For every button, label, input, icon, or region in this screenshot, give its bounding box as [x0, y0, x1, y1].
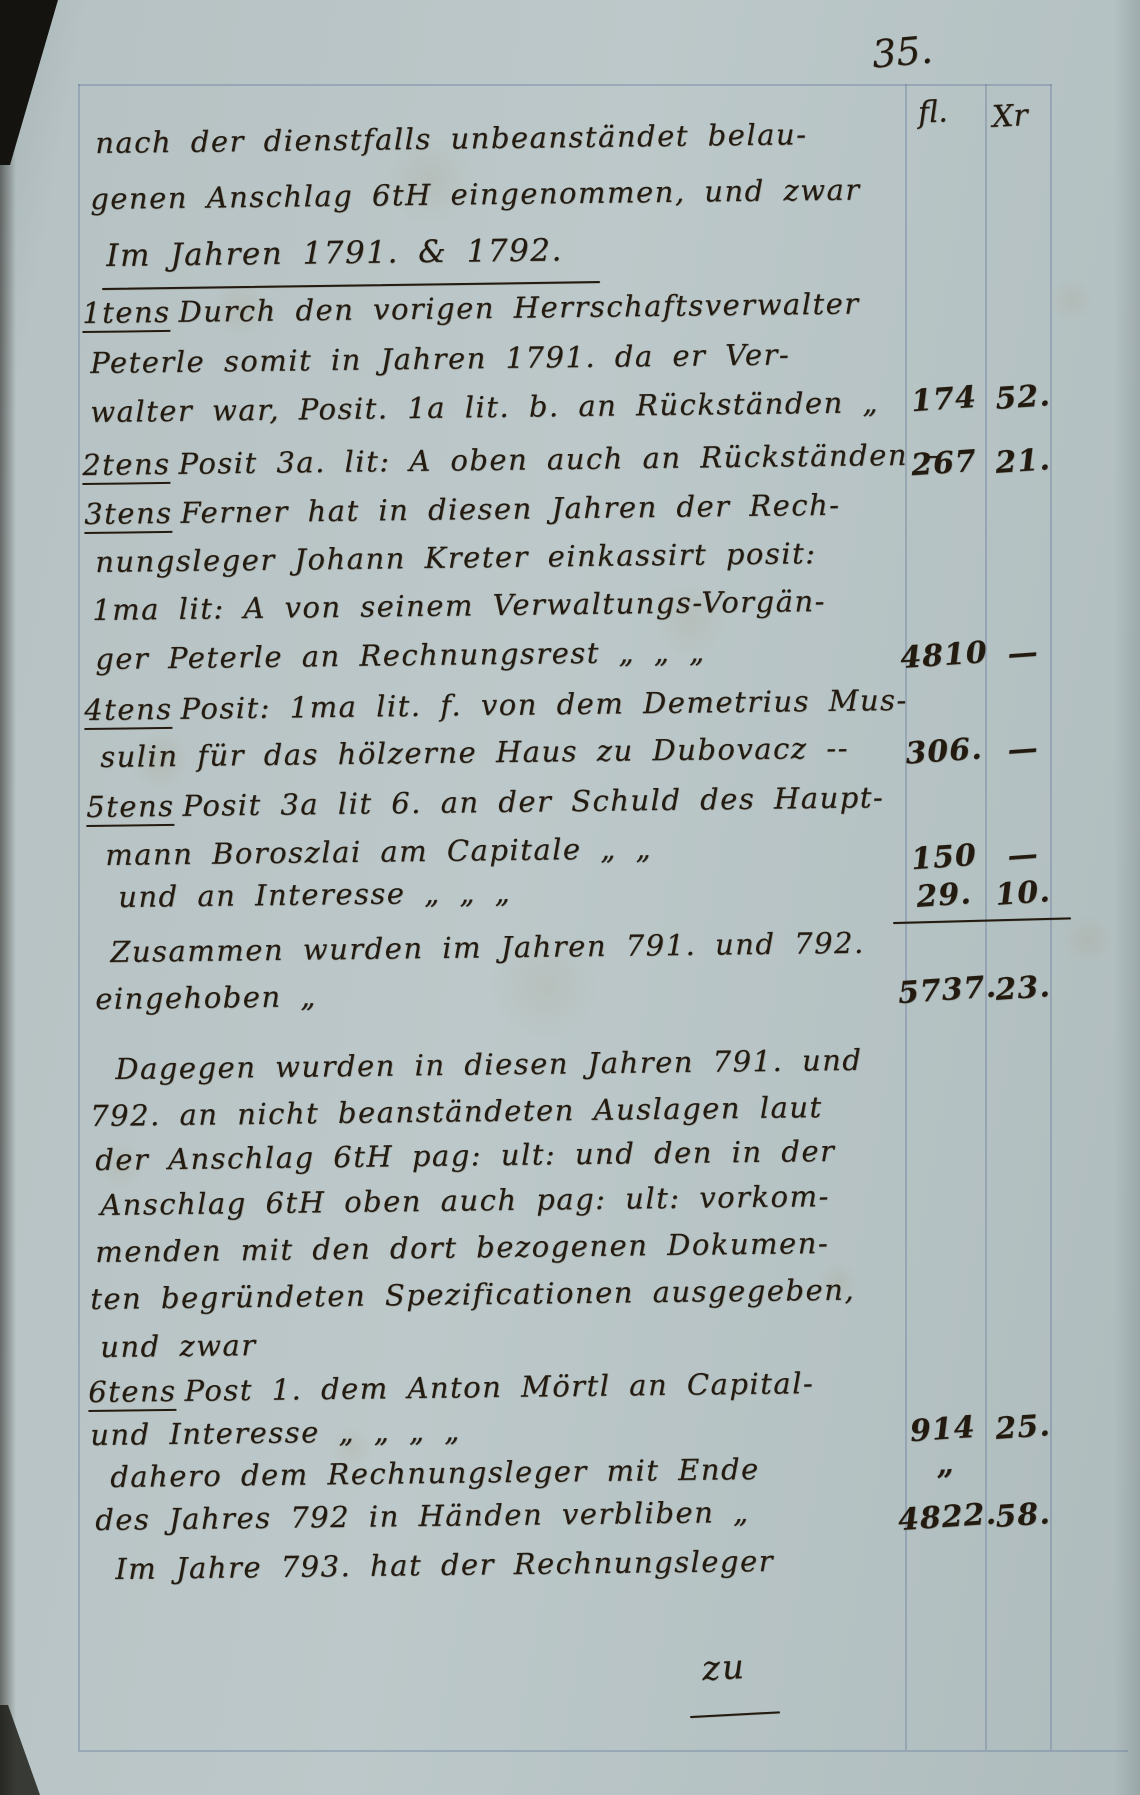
column-header-florins: fl. [917, 94, 948, 130]
catchword: zu [701, 1647, 747, 1689]
manuscript-line: 792. an nicht beanständeten Auslagen lau… [90, 1090, 823, 1133]
amount-fl: 267 [897, 443, 991, 484]
manuscript-line: Im Jahre 793. hat der Rechnungsleger [115, 1544, 774, 1586]
folio-number: 35. [870, 27, 934, 76]
line-text: ten begründeten Spezificationen ausgegeb… [90, 1273, 855, 1316]
amount-fl: 5737. [897, 970, 991, 1011]
manuscript-line: und Interesse „ „ „ „ [90, 1413, 461, 1452]
manuscript-line: nach der dienstfalls unbeanständet belau… [95, 117, 808, 160]
table-rule-fl-column [905, 84, 907, 1750]
amount-xr: 10. [989, 874, 1057, 914]
amount-xr: 58. [989, 1496, 1057, 1536]
line-text: Post 1. dem Anton Mörtl an Capital- [184, 1366, 814, 1408]
book-gutter-shadow [0, 0, 16, 1795]
manuscript-line: nungsleger Johann Kreter einkassirt posi… [95, 536, 817, 579]
column-header-kreuzer: Xr [991, 98, 1028, 135]
manuscript-line: ger Peterle an Rechnungsrest „ „ „ [95, 635, 706, 676]
amount-xr: 52. [989, 378, 1057, 418]
amount-xr: — [989, 836, 1057, 876]
table-rule-left-margin [78, 84, 80, 1750]
amount-xr: — [989, 634, 1057, 674]
amount-fl: 4810 [897, 635, 991, 676]
line-text: ger Peterle an Rechnungsrest „ „ „ [95, 635, 706, 676]
page-corner-dark-bottom-left [0, 1705, 40, 1795]
manuscript-line: eingehoben „ [95, 979, 317, 1016]
heading-underline [102, 281, 600, 290]
amount-fl: 306. [897, 731, 991, 772]
manuscript-line: Zusammen wurden im Jahren 791. und 792. [110, 926, 865, 969]
line-text: Im Jahre 793. hat der Rechnungsleger [115, 1544, 774, 1586]
manuscript-line: mann Boroszlai am Capitale „ „ [105, 831, 652, 872]
manuscript-line: 3tensFerner hat in diesen Jahren der Rec… [84, 488, 841, 531]
ordinal: 4tens [84, 692, 173, 730]
amount-fl: 4822. [897, 1497, 991, 1538]
manuscript-line: sulin für das hölzerne Haus zu Dubovacz … [100, 731, 849, 774]
line-text: eingehoben „ [95, 979, 317, 1016]
line-text: der Anschlag 6tH pag: ult: und den in de… [95, 1134, 836, 1177]
manuscript-line: 1ma lit: A von seinem Verwaltungs-Vorgän… [92, 584, 826, 627]
line-text: nach der dienstfalls unbeanständet belau… [95, 117, 808, 160]
line-text: genen Anschlag 6tH eingenommen, und zwar [90, 173, 861, 216]
manuscript-line: 2tensPosit 3a. lit: A oben auch an Rücks… [82, 437, 943, 482]
line-text: Dagegen wurden in diesen Jahren 791. und [115, 1043, 863, 1086]
catchword-underline [690, 1711, 780, 1718]
line-text: Ferner hat in diesen Jahren der Rech- [180, 488, 840, 530]
ordinal: 3tens [84, 496, 173, 534]
manuscript-line: dahero dem Rechnungsleger mit Ende [110, 1452, 760, 1494]
section-heading: Im Jahren 1791. & 1792. [106, 232, 563, 274]
line-text: und an Interesse „ „ „ [118, 875, 511, 914]
line-text: nungsleger Johann Kreter einkassirt posi… [95, 536, 817, 579]
manuscript-line: Peterle somit in Jahren 1791. da er Ver- [90, 337, 790, 380]
manuscript-line: menden mit den dort bezogenen Dokumen- [95, 1226, 829, 1269]
manuscript-line: ten begründeten Spezificationen ausgegeb… [90, 1273, 855, 1316]
manuscript-line: der Anschlag 6tH pag: ult: und den in de… [95, 1134, 836, 1177]
page-edge-shadow-right [1114, 0, 1140, 1795]
manuscript-line: 4tensPosit: 1ma lit. f. von dem Demetriu… [84, 683, 908, 727]
amount-fl: 174 [897, 379, 991, 420]
amount-fl: 914 „ [896, 1409, 993, 1485]
line-text: Peterle somit in Jahren 1791. da er Ver- [90, 337, 790, 380]
line-text: und Interesse „ „ „ „ [90, 1413, 461, 1452]
heading-text: Im Jahren 1791. & 1792. [106, 232, 563, 274]
manuscript-line: Dagegen wurden in diesen Jahren 791. und [115, 1043, 863, 1086]
amount-xr: 21. [989, 442, 1057, 482]
line-text: 792. an nicht beanständeten Auslagen lau… [90, 1090, 823, 1133]
table-rule-bottom [78, 1750, 1128, 1752]
ordinal: 6tens [88, 1374, 177, 1412]
line-text: Zusammen wurden im Jahren 791. und 792. [110, 926, 865, 969]
manuscript-line: des Jahres 792 in Händen verbliben „ [95, 1495, 750, 1537]
amount-xr: — [989, 730, 1057, 770]
sum-rule [893, 917, 1071, 924]
manuscript-line: 1tensDurch den vorigen Herrschaftsverwal… [82, 287, 860, 330]
line-text: des Jahres 792 in Händen verbliben „ [95, 1495, 750, 1537]
line-text: sulin für das hölzerne Haus zu Dubovacz … [100, 731, 849, 774]
page-corner-dark-top-left [0, 0, 70, 165]
amount-fl: 29. [897, 875, 991, 916]
amount-xr: 23. [989, 969, 1057, 1009]
manuscript-line: 6tensPost 1. dem Anton Mörtl an Capital- [88, 1366, 814, 1409]
manuscript-line: walter war, Posit. 1a lit. b. an Rückstä… [90, 385, 879, 429]
ordinal: 1tens [82, 295, 171, 333]
line-text: Anschlag 6tH oben auch pag: ult: vorkom- [100, 1179, 830, 1222]
manuscript-line: 5tensPosit 3a lit 6. an der Schuld des H… [86, 780, 884, 824]
manuscript-line: und an Interesse „ „ „ [118, 875, 511, 914]
line-text: dahero dem Rechnungsleger mit Ende [110, 1452, 760, 1494]
line-text: walter war, Posit. 1a lit. b. an Rückstä… [90, 385, 879, 429]
ordinal: 2tens [82, 447, 171, 485]
line-text: menden mit den dort bezogenen Dokumen- [95, 1226, 829, 1269]
amount-fl: 150 [897, 837, 991, 878]
manuscript-line: Anschlag 6tH oben auch pag: ult: vorkom- [100, 1179, 830, 1222]
line-text: 1ma lit: A von seinem Verwaltungs-Vorgän… [92, 584, 826, 627]
ordinal: 5tens [86, 789, 175, 827]
amount-xr: 25. [989, 1408, 1057, 1448]
line-text: Posit 3a lit 6. an der Schuld des Haupt- [182, 780, 884, 823]
manuscript-line: genen Anschlag 6tH eingenommen, und zwar [90, 173, 861, 216]
manuscript-line: und zwar [100, 1328, 257, 1364]
line-text: Posit 3a. lit: A oben auch an Rückstände… [178, 437, 943, 480]
line-text: und zwar [100, 1328, 257, 1364]
line-text: Posit: 1ma lit. f. von dem Demetrius Mus… [180, 683, 908, 726]
line-text: mann Boroszlai am Capitale „ „ [105, 831, 652, 872]
line-text: Durch den vorigen Herrschaftsverwalter [178, 287, 860, 329]
